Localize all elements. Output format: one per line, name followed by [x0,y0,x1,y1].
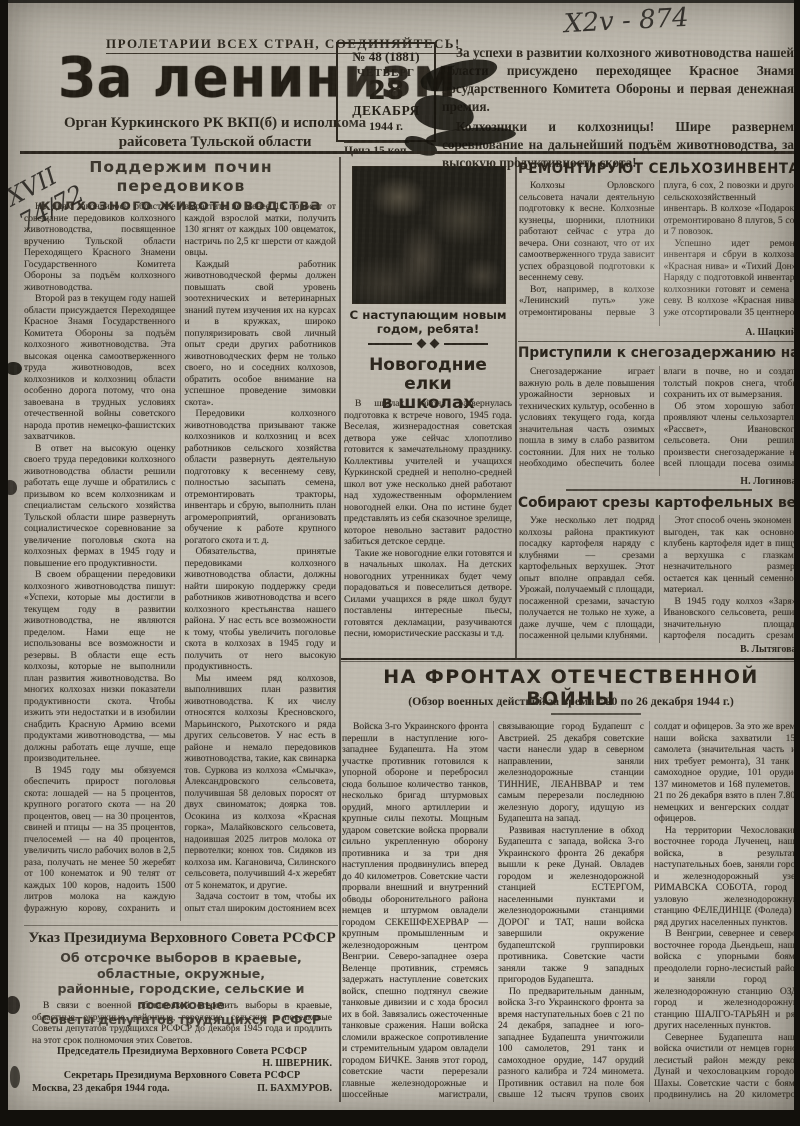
potato-signature: В. Лытягова. [519,644,800,655]
scan-edge-left [0,0,8,1126]
decree-dateline: Москва, 23 декабря 1944 года. [32,1083,170,1094]
diamond-icon [417,339,427,349]
paragraph: В ответ на высокую оценку своего труда п… [24,443,176,570]
paragraph: Обязательства, принятые передовиками кол… [185,546,337,673]
article-divider [518,341,800,342]
ornament-line [368,343,412,345]
section-divider [341,661,800,662]
potato-article-body: Уже несколько лет подряд колхозы района … [519,515,799,643]
snow-signature: Н. Логинова. [519,476,800,487]
decree-chair-role: Председатель Президиума Верховного Совет… [32,1046,332,1057]
war-section-subtitle: (Обзор военных действий за время с 20 по… [342,694,800,709]
paragraph: Этот способ очень экономен и выгоден, та… [664,515,800,596]
appeal-paragraph: За успехи в развитии колхозного животнов… [442,44,794,116]
paragraph: В школах района развернулась подготовка … [344,398,512,548]
diamond-ornament [344,340,512,347]
paragraph: На территории Чехословакии, восточнее го… [654,825,800,929]
snow-article-title: Приступили к снегозадержанию на полях [518,345,788,361]
decree-heading: Указ Президиума Верховного Совета РСФСР [28,930,336,947]
paragraph: В Венгрии, севернее и северо-восточнее г… [654,928,800,1032]
scan-edge-top [0,0,800,3]
decree-dateline-row: Москва, 23 декабря 1944 года. П. БАХМУРО… [32,1083,332,1094]
decree-body: В связи с военной обстановкой отсрочить … [32,1000,332,1046]
handwritten-catalog-number: X2v - 874 [563,3,689,39]
paragraph: Передовики колхозного животноводства при… [185,408,337,546]
article-divider [24,925,338,926]
ornament-line [444,343,488,345]
diamond-icon [430,339,440,349]
lead-title-line1: Поддержим почин передовиков [24,158,338,196]
lead-article-body: На днях закончилось областное совещание … [24,201,336,921]
scan-edge-bottom [0,1110,800,1126]
photo [352,166,506,304]
article-divider [566,489,752,491]
organ-line-2: райсовета Тульской области [64,133,366,152]
paragraph: Второй раз в текущем году нашей области … [24,293,176,443]
ink-smudge [6,996,20,1014]
ny-title-line1: Новогодние елки [344,356,512,394]
issue-price: Цена 15 коп. [344,142,409,157]
paragraph: Развивая наступление в обход Будапешта с… [498,825,644,986]
paragraph: В своем обращении передовики колхозного … [24,569,176,765]
decree-secretary-role: Секретарь Президиума Верховного Совета Р… [32,1070,332,1081]
repair-article-body: Колхозы Орловского сельсовета начали дея… [519,180,799,326]
paragraph: Колхозы Орловского сельсовета начали дея… [519,180,655,284]
section-divider [341,658,800,660]
repair-signature: А. Шацкий. [519,327,800,338]
paragraph: На днях закончилось областное совещание … [24,201,176,293]
ink-smudge [10,1066,20,1088]
issue-info-box: № 48 (1881) ЧЕТВЕРГ 28 ДЕКАБРЯ 1944 г. [336,42,436,142]
potato-article-title: Собирают срезы картофельных верхушек [518,495,791,511]
paragraph: Каждый работник животноводческой фермы д… [185,259,337,409]
column-rule [339,157,341,1102]
column-rule [515,157,517,658]
newspaper-scan: X2v - 874 XVII 74/72 ПРОЛЕТАРИИ ВСЕХ СТР… [0,0,800,1126]
paragraph: Уже несколько лет подряд колхозы района … [519,515,655,642]
subtitle-rule [551,713,641,715]
decree-secretary-name: П. БАХМУРОВ. [257,1083,332,1094]
war-section-body: Войска 3-го Украинского фронта перешли в… [342,721,800,1102]
paragraph: Мы имеем ряд колхозов, выполнивших план … [185,673,337,892]
issue-number: № 48 (1881) [338,49,434,65]
scan-edge-right [794,0,800,1126]
decree-title-line1: Об отсрочке выборов в краевые, областные… [24,950,338,981]
masthead-organ: Орган Куркинского РК ВКП(б) и исполкома … [64,114,366,152]
organ-line-1: Орган Куркинского РК ВКП(б) и исполкома [64,114,366,133]
repair-article-title: РЕМОНТИРУЮТ СЕЛЬХОЗИНВЕНТАРЬ [518,161,791,177]
new-year-article-body: В школах района развернулась подготовка … [344,398,512,656]
photo-caption: С наступающим новым годом, ребята! [342,308,514,336]
snow-article-body: Снегозадержание играет важную роль в дел… [519,366,799,476]
paragraph: В связи с военной обстановкой отсрочить … [32,1000,332,1046]
newspaper-page: X2v - 874 XVII 74/72 ПРОЛЕТАРИИ ВСЕХ СТР… [6,0,796,1112]
paragraph: Такие же новогодние елки готовятся и в н… [344,548,512,640]
ink-smudge [6,362,22,375]
masthead-divider [20,151,800,154]
decree-chair-name: Н. ШВЕРНИК. [32,1058,332,1069]
